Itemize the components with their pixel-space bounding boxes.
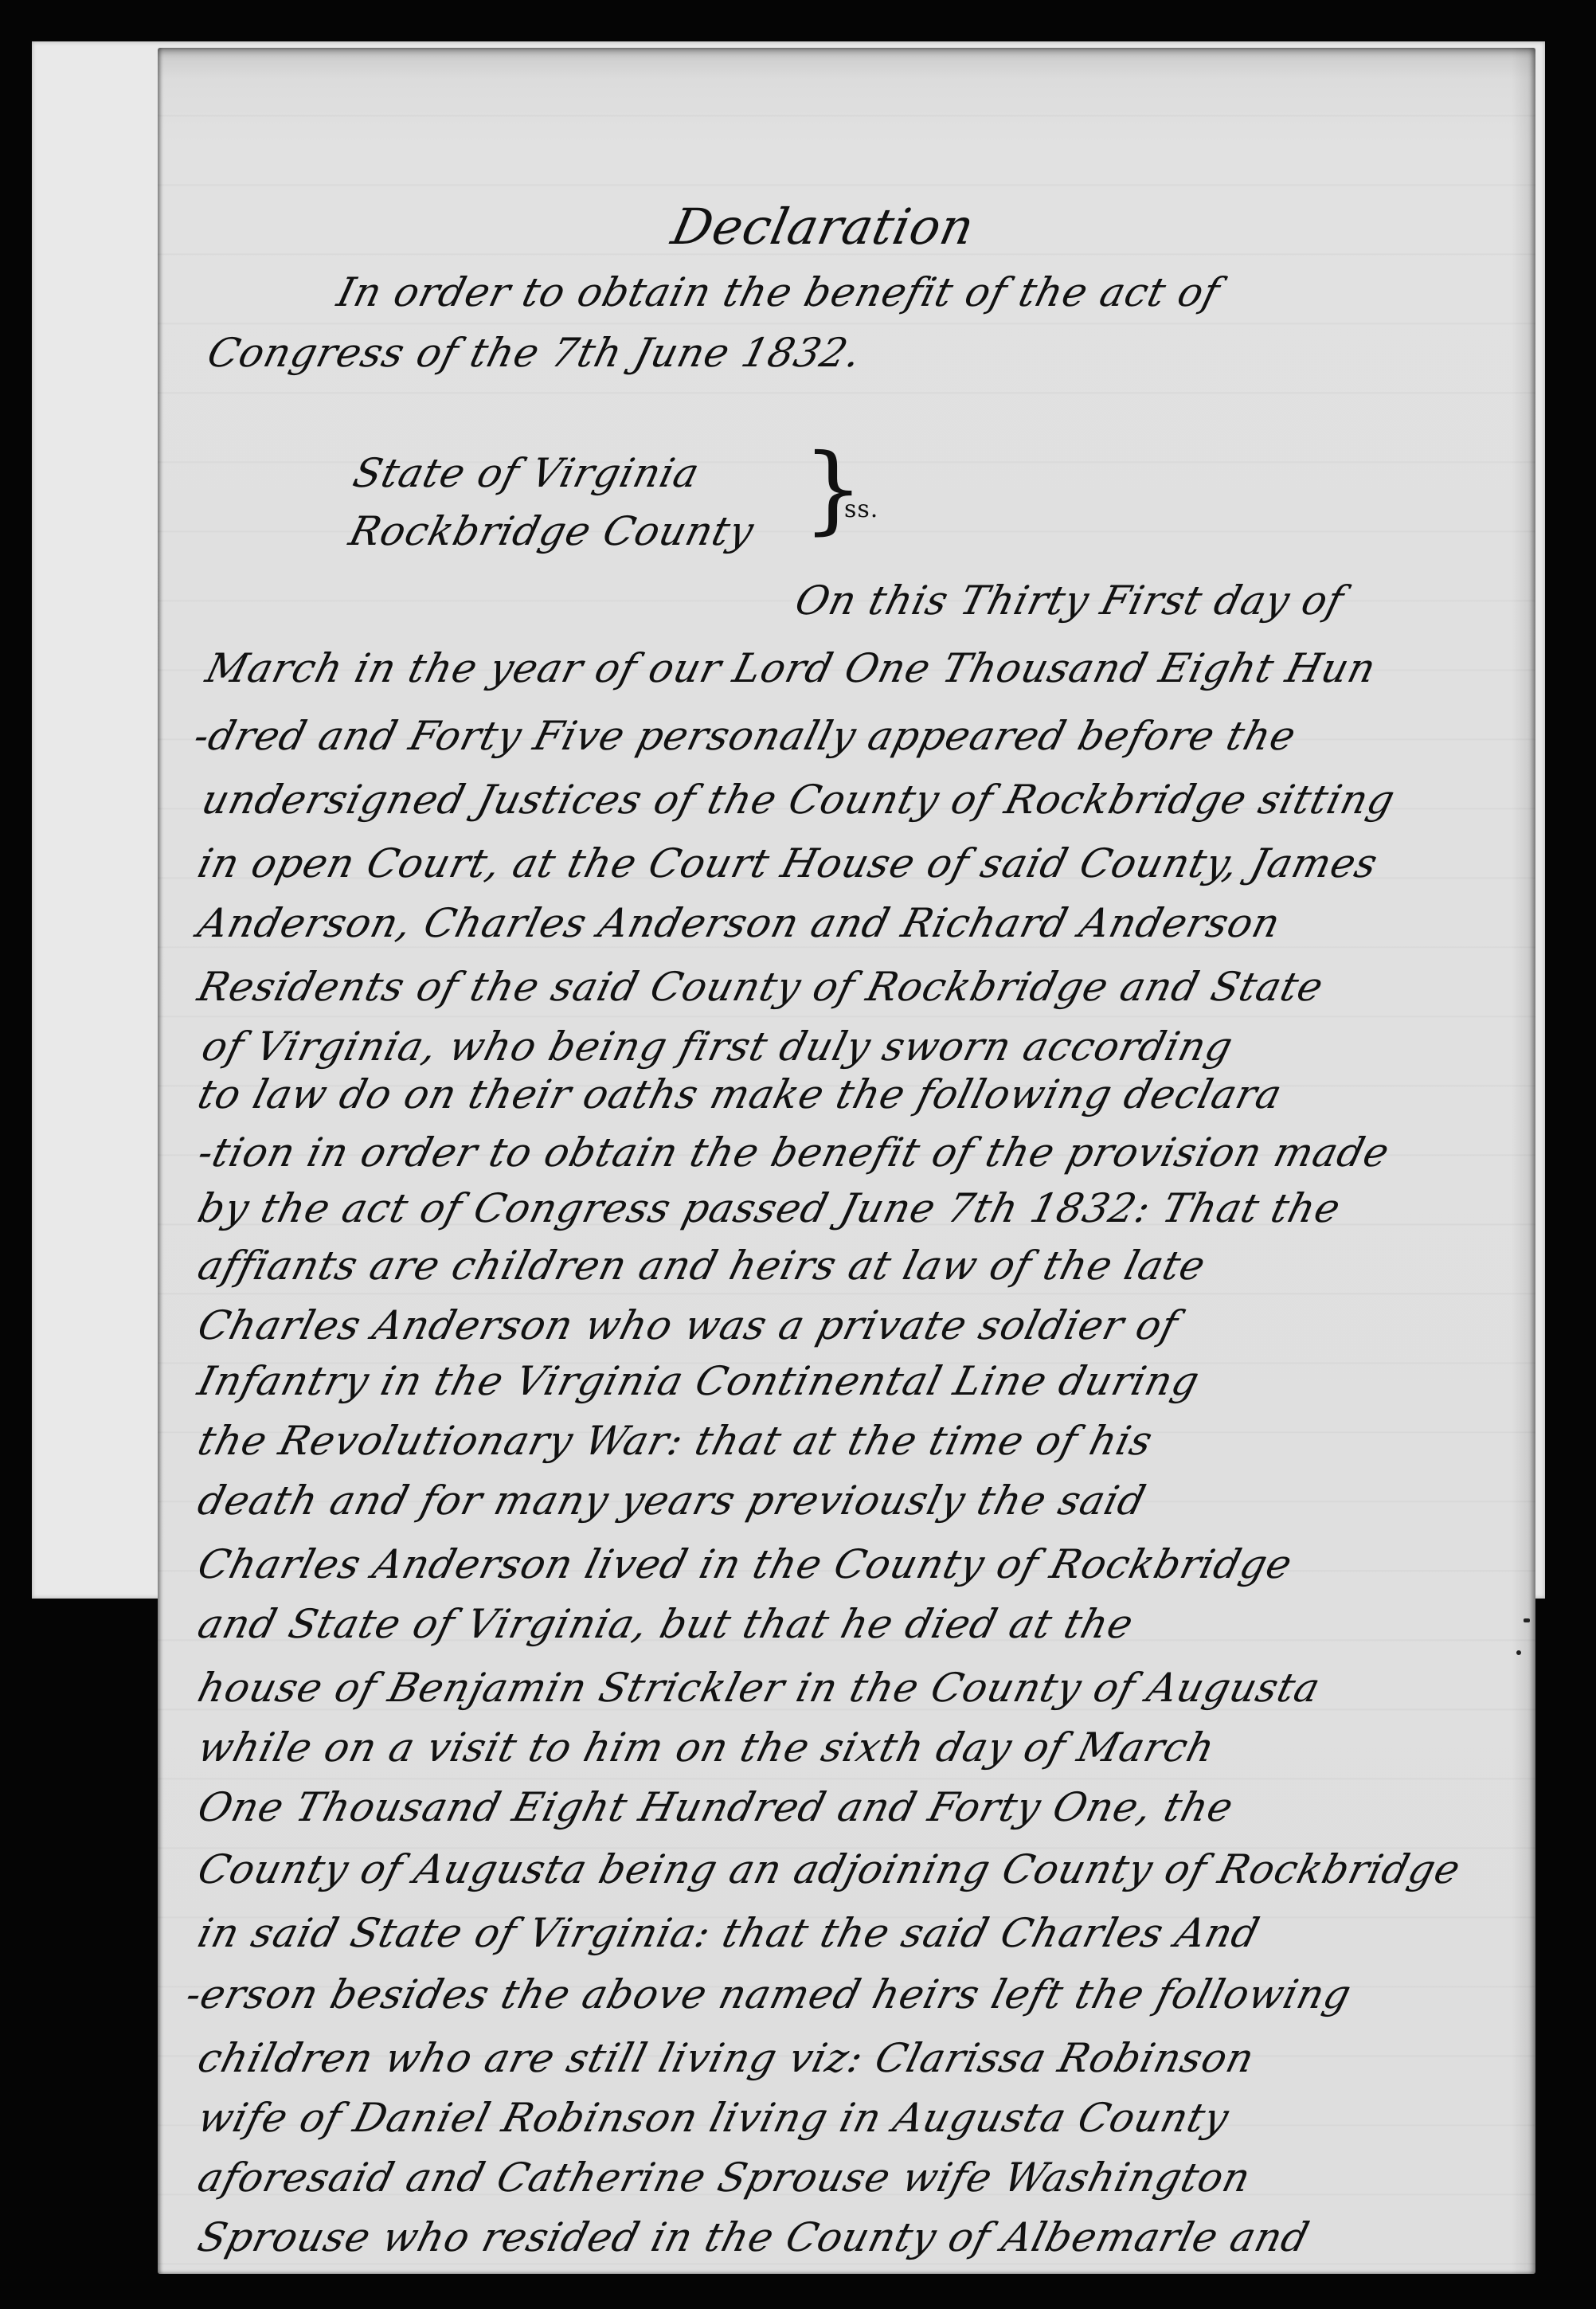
body-line-6: Anderson, Charles Anderson and Richard A… [194, 900, 1285, 946]
body-line-27: aforesaid and Catherine Sprouse wife Was… [194, 2154, 1256, 2201]
body-line-11: by the act of Congress passed June 7th 1… [194, 1185, 1346, 1231]
ink-dot [1516, 1650, 1521, 1655]
preamble-line-1: In order to obtain the benefit of the ac… [333, 269, 1225, 315]
body-line-16: death and for many years previously the … [194, 1477, 1151, 1524]
body-line-1: On this Thirty First day of [791, 577, 1349, 624]
body-line-5: in open Court, at the Court House of sai… [194, 840, 1383, 886]
page-edge-shadow [1512, 48, 1535, 2274]
body-line-7: Residents of the said County of Rockbrid… [194, 964, 1328, 1010]
caption-state: State of Virginia [349, 450, 705, 496]
body-line-20: while on a visit to him on the sixth day… [194, 1724, 1220, 1771]
body-line-9: to law do on their oaths make the follow… [194, 1071, 1287, 1117]
caption-brace-icon: } [803, 442, 864, 538]
body-line-14: Infantry in the Virginia Continental Lin… [194, 1358, 1205, 1404]
body-line-17: Charles Anderson lived in the County of … [194, 1541, 1297, 1587]
preamble-line-2: Congress of the 7th June 1832. [203, 330, 866, 376]
body-line-19: house of Benjamin Strickler in the Count… [194, 1665, 1325, 1711]
document-title: Declaration [667, 198, 980, 256]
body-line-23: in said State of Virginia: that the said… [194, 1910, 1265, 1956]
body-line-21: One Thousand Eight Hundred and Forty One… [194, 1784, 1238, 1830]
body-line-12: affiants are children and heirs at law o… [194, 1243, 1211, 1289]
body-line-28: Sprouse who resided in the County of Alb… [194, 2214, 1314, 2260]
body-line-4: undersigned Justices of the County of Ro… [198, 777, 1400, 823]
body-line-24: -erson besides the above named heirs lef… [182, 1971, 1356, 2017]
body-line-3: -dred and Forty Five personally appeared… [190, 713, 1301, 759]
ink-mark [1524, 1618, 1530, 1622]
caption-ss: ss. [844, 495, 878, 523]
body-line-8: of Virginia, who being first duly sworn … [198, 1023, 1238, 1070]
caption-county: Rockbridge County [345, 508, 759, 554]
body-line-2: March in the year of our Lord One Thousa… [201, 645, 1381, 691]
body-line-13: Charles Anderson who was a private soldi… [194, 1302, 1183, 1348]
body-line-15: the Revolutionary War: that at the time … [194, 1418, 1158, 1464]
body-line-18: and State of Virginia, but that he died … [194, 1601, 1139, 1647]
body-line-22: County of Augusta being an adjoining Cou… [194, 1846, 1465, 1892]
body-line-26: wife of Daniel Robinson living in August… [194, 2095, 1234, 2141]
body-line-25: children who are still living viz: Clari… [194, 2035, 1260, 2081]
body-line-10: -tion in order to obtain the benefit of … [194, 1129, 1395, 1176]
